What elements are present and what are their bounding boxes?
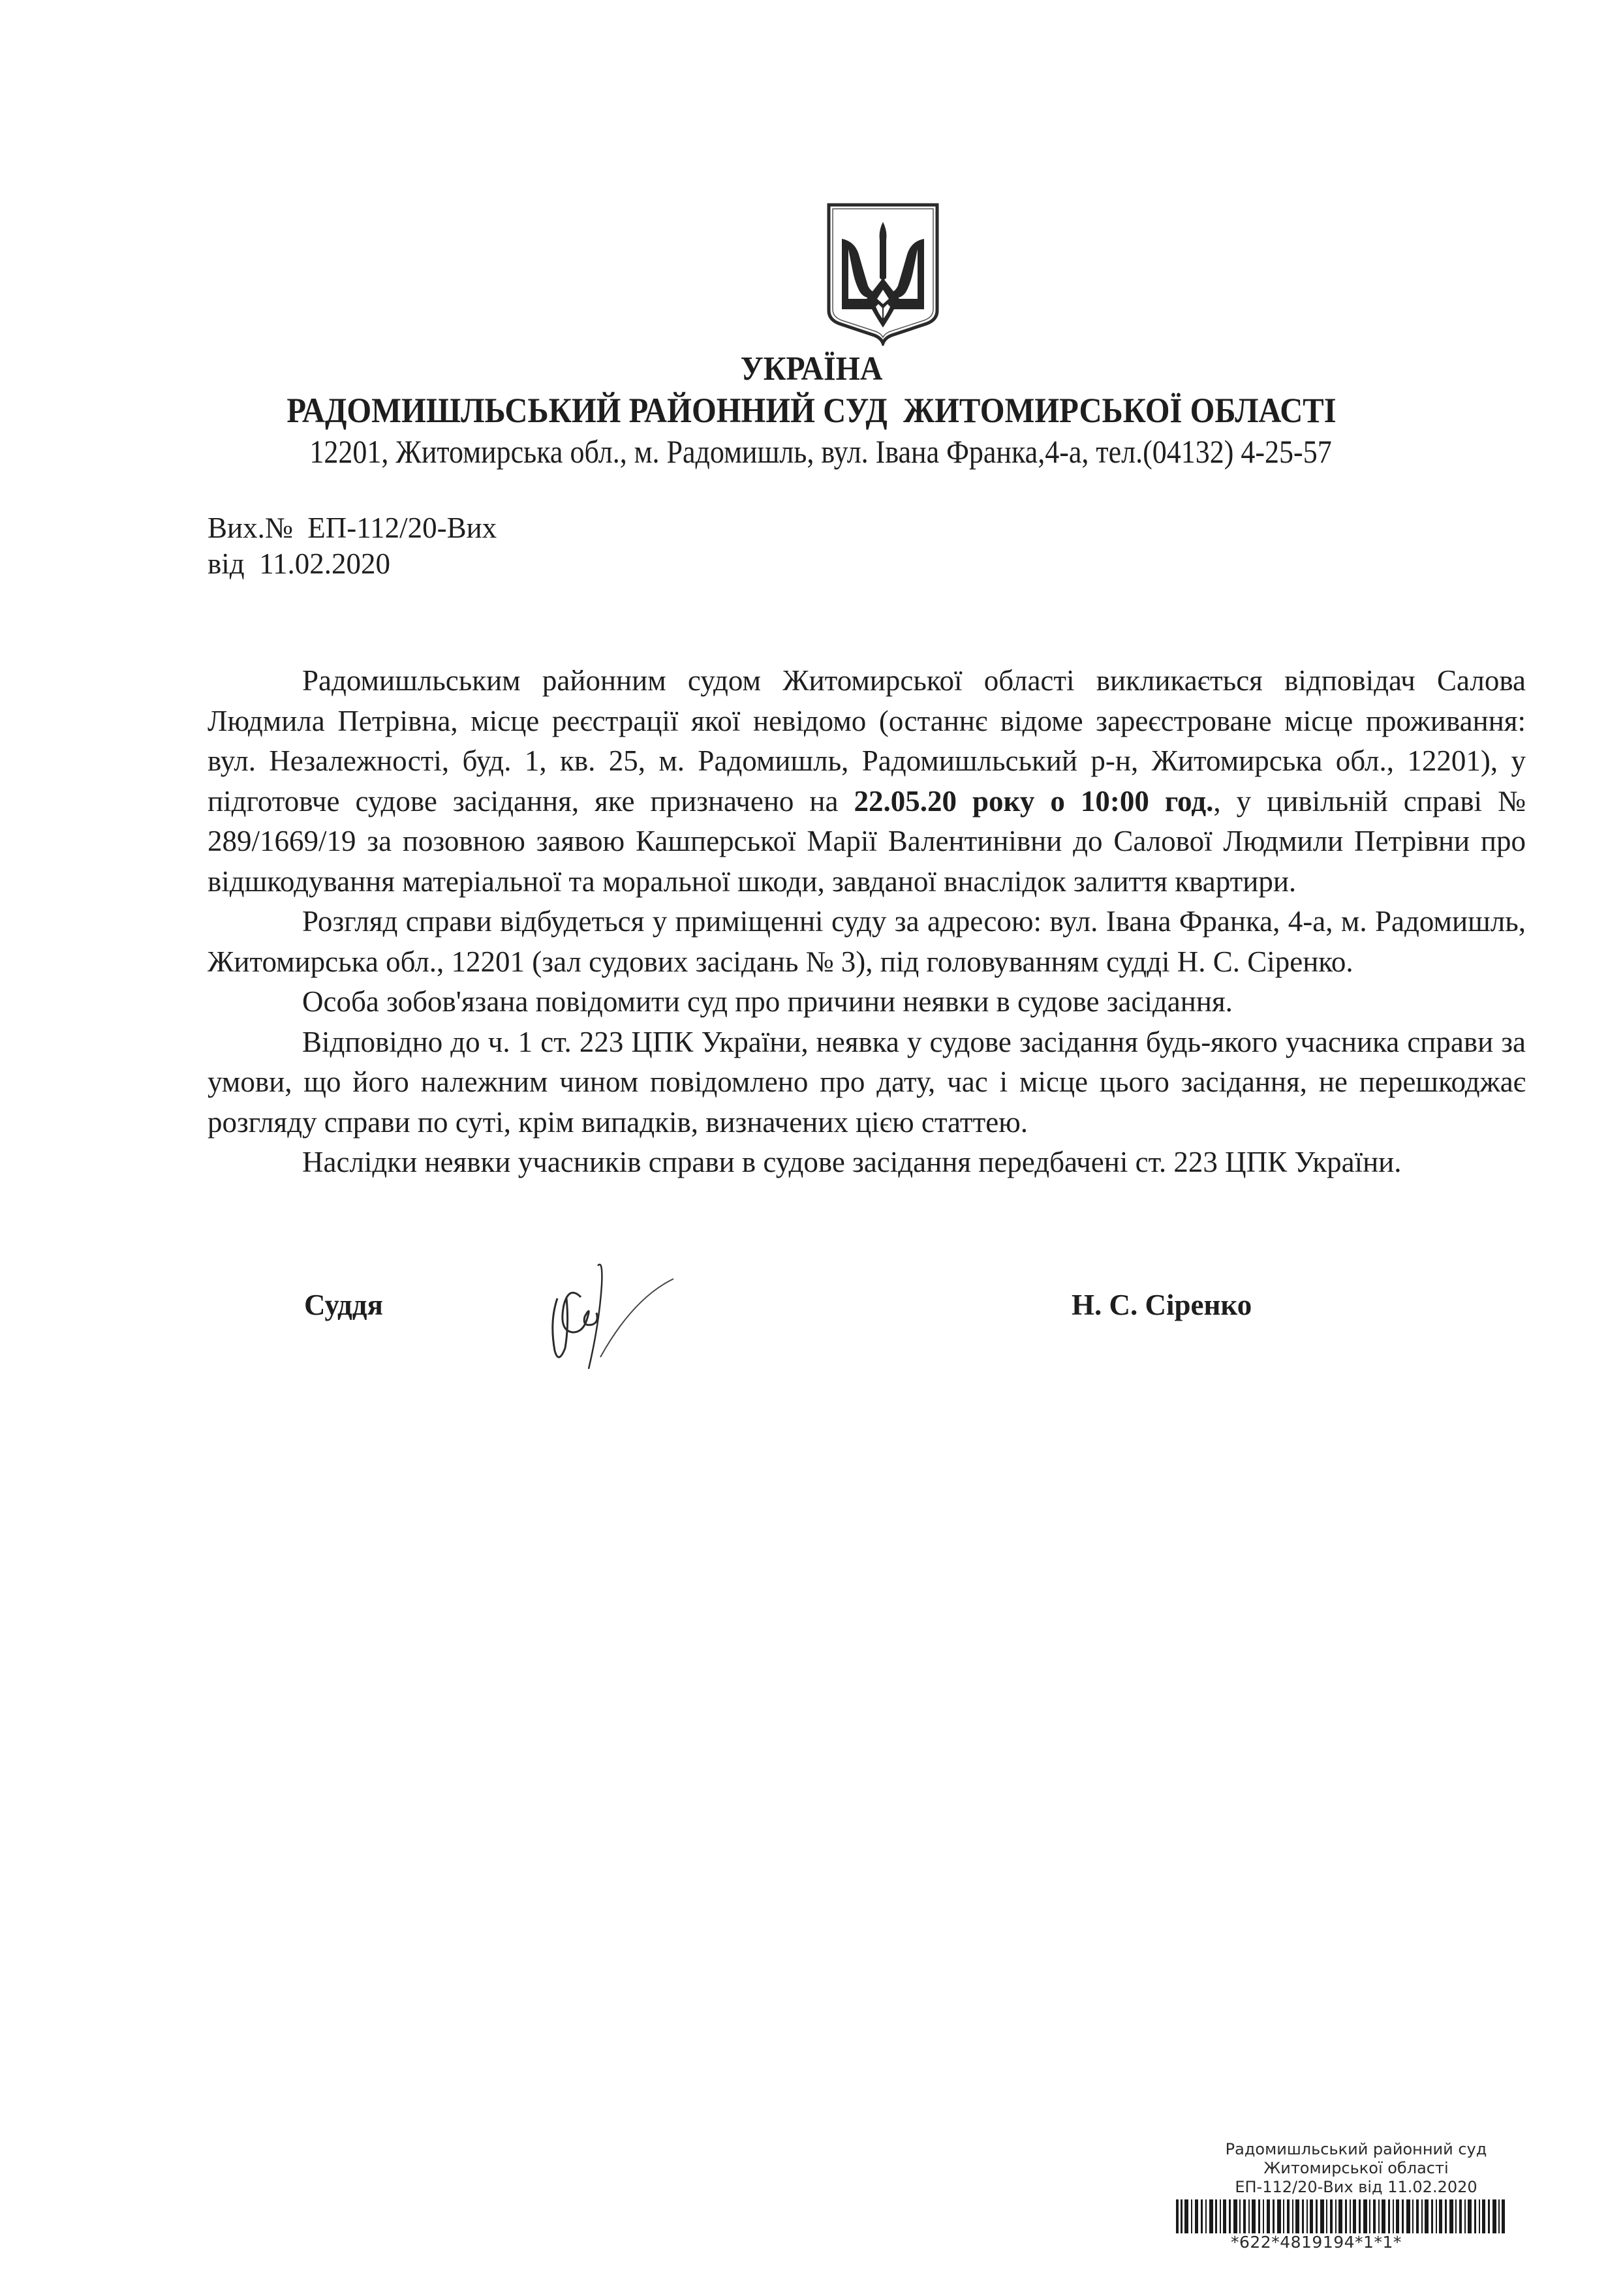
- barcode-icon: [1175, 2199, 1506, 2233]
- stamp-reference: ЕП-112/20-Вих від 11.02.2020: [1206, 2178, 1506, 2197]
- hearing-datetime: 22.05.20 року о 10:00 год.: [854, 785, 1214, 818]
- signatory-name: Н. С. Сіренко: [1072, 1287, 1252, 1323]
- stamp-court-line1: Радомишльський районний суд: [1206, 2140, 1506, 2159]
- header-country: УКРАЇНА: [65, 350, 1558, 389]
- paragraph-summons: Радомишльським районним судом Житомирськ…: [208, 661, 1526, 902]
- coat-of-arms-icon: [826, 201, 940, 346]
- reference-number: Вих.№ ЕП-112/20-Вих: [208, 510, 497, 546]
- letter-body: Радомишльським районним судом Житомирськ…: [208, 661, 1526, 1183]
- outgoing-reference: Вих.№ ЕП-112/20-Вих від 11.02.2020: [208, 510, 497, 582]
- header-court-address: 12201, Житомирська обл., м. Радомишль, в…: [97, 433, 1526, 470]
- header-court-name: РАДОМИШЛЬСЬКИЙ РАЙОННИЙ СУД ЖИТОМИРСЬКОЇ…: [81, 390, 1541, 431]
- signature-role: Суддя: [304, 1287, 383, 1323]
- paragraph-obligation: Особа зобов'язана повідомити суд про при…: [208, 982, 1526, 1022]
- handwritten-signature-icon: [535, 1259, 744, 1370]
- document-page: УКРАЇНА РАДОМИШЛЬСЬКИЙ РАЙОННИЙ СУД ЖИТО…: [0, 0, 1623, 2296]
- registration-stamp: Радомишльський районний суд Житомирської…: [1175, 2140, 1566, 2252]
- paragraph-consequences: Наслідки неявки учасників справи в судов…: [208, 1142, 1526, 1183]
- stamp-court-line2: Житомирської області: [1206, 2159, 1506, 2178]
- reference-date: від 11.02.2020: [208, 546, 497, 582]
- paragraph-law-reference: Відповідно до ч. 1 ст. 223 ЦПК України, …: [208, 1022, 1526, 1143]
- barcode-number: *622*4819194*1*1*: [1231, 2233, 1566, 2252]
- paragraph-venue: Розгляд справи відбудеться у приміщенні …: [208, 902, 1526, 982]
